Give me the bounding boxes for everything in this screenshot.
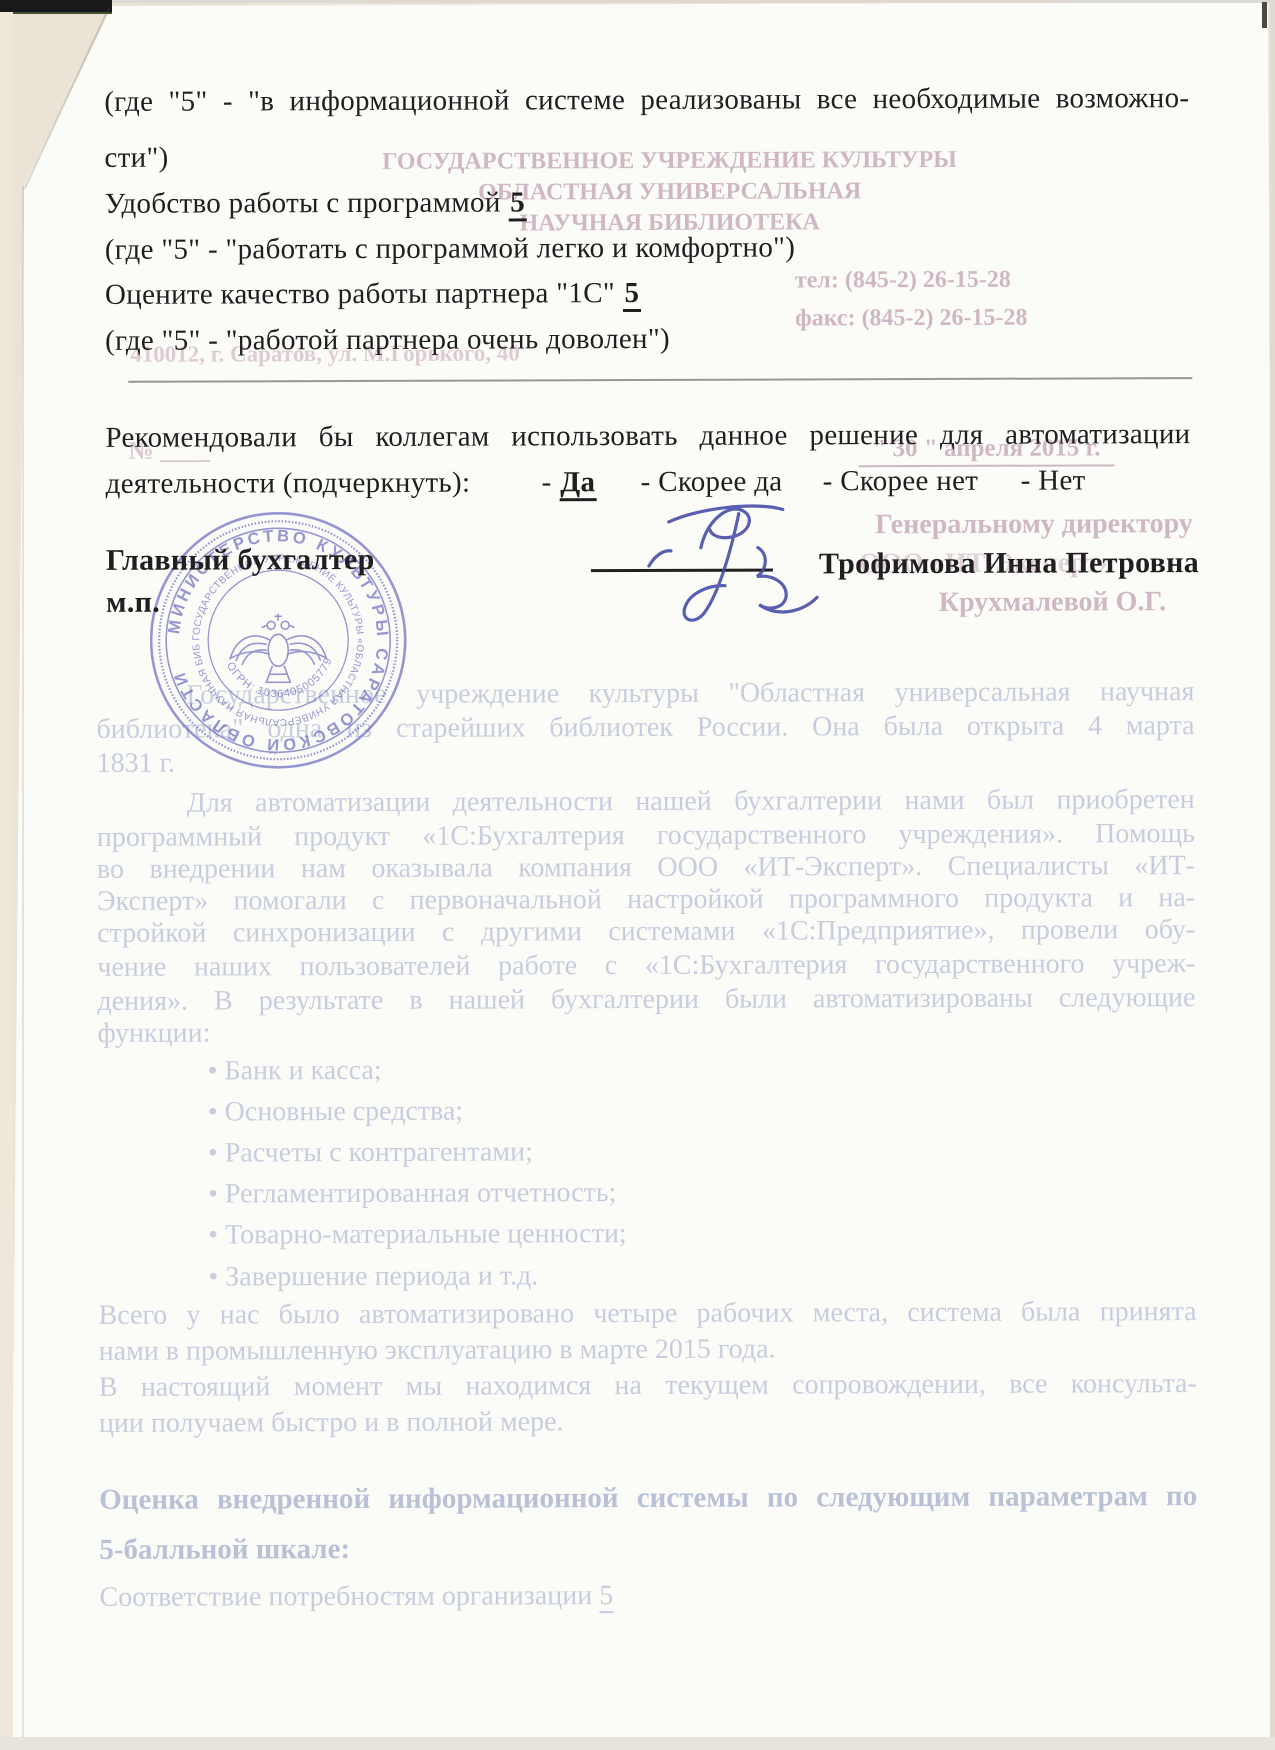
scan-left-edge xyxy=(0,12,13,1750)
scan-top-left-bar xyxy=(0,0,112,14)
scan-right-edge xyxy=(1270,0,1275,1750)
scan-top-edge xyxy=(112,0,1275,3)
scanned-document-page: { "doc": { "scores": { "l1": "(где \"5\"… xyxy=(0,0,1275,1750)
scan-top-right-nub xyxy=(1262,2,1267,28)
handwritten-signature xyxy=(0,0,1275,1750)
document-content: ГОСУДАРСТВЕННОЕ УЧРЕЖДЕНИЕ КУЛЬТУРЫ ОБЛА… xyxy=(0,0,1275,1750)
scan-bottom-edge xyxy=(0,1737,1275,1750)
paper-left-edge-shadow xyxy=(22,186,24,1741)
